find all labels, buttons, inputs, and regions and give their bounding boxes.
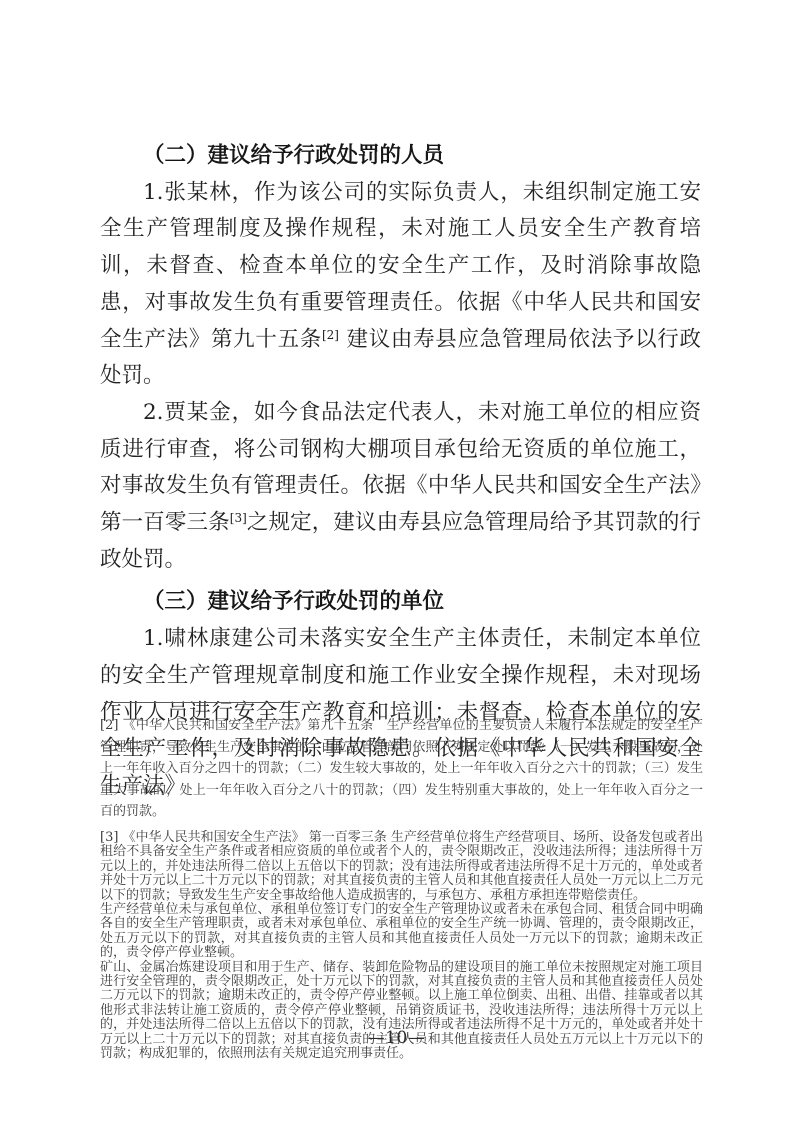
footnote-list: [2] 《中华人民共和国安全生产法》第九十五条 生产经营单位的主要负责人未履行本…: [100, 715, 703, 1061]
footnote-3: [3] 《中华人民共和国安全生产法》 第一百零三条 生产经营单位将生产经营项目、…: [100, 831, 703, 1062]
footnote-2: [2] 《中华人民共和国安全生产法》第九十五条 生产经营单位的主要负责人未履行本…: [100, 715, 703, 823]
footnote-paragraph: [2] 《中华人民共和国安全生产法》第九十五条 生产经营单位的主要负责人未履行本…: [100, 715, 703, 823]
document-page: （二）建议给予行政处罚的人员1.张某林，作为该公司的实际负责人，未组织制定施工安…: [0, 0, 793, 1122]
page-number: —10—: [0, 1028, 793, 1048]
body-paragraph: 2.贾某金，如今食品法定代表人，未对施工单位的相应资质进行审查，将公司钢构大棚项…: [100, 395, 701, 579]
section-heading: （二）建议给予行政处罚的人员: [100, 138, 701, 175]
footnote-ref: [3]: [230, 511, 247, 525]
footnote-paragraph: [3] 《中华人民共和国安全生产法》 第一百零三条 生产经营单位将生产经营项目、…: [100, 831, 703, 903]
footnote-paragraph: 生产经营单位未与承包单位、承租单位签订专门的安全生产管理协议或者未在承包合同、租…: [100, 903, 703, 961]
section-1: （二）建议给予行政处罚的人员1.张某林，作为该公司的实际负责人，未组织制定施工安…: [100, 138, 701, 578]
footnote-area: [2] 《中华人民共和国安全生产法》第九十五条 生产经营单位的主要负责人未履行本…: [100, 702, 703, 1061]
footnote-ref: [2]: [322, 328, 339, 342]
footnote-separator: [104, 702, 300, 703]
section-heading: （三）建议给予行政处罚的单位: [100, 584, 701, 621]
body-paragraph: 1.张某林，作为该公司的实际负责人，未组织制定施工安全生产管理制度及操作规程，未…: [100, 175, 701, 395]
